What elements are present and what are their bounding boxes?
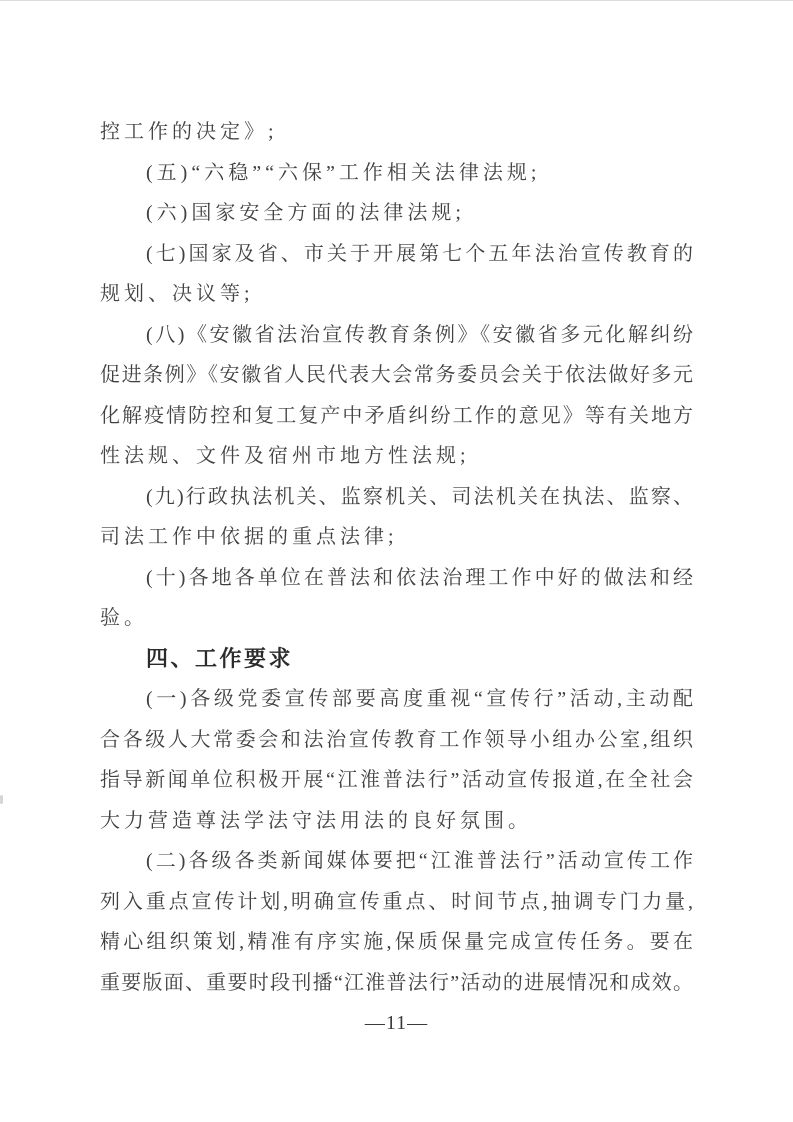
page-number: —11— (0, 1008, 793, 1038)
text-line: (五)“六稳”“六保”工作相关法律法规; (100, 153, 693, 194)
text-line: (六)国家安全方面的法律法规; (100, 193, 693, 234)
text-line: 精心组织策划,精准有序实施,保质保量完成宣传任务。要在 (100, 922, 693, 963)
text-line: 列入重点宣传计划,明确宣传重点、时间节点,抽调专门力量, (100, 882, 693, 923)
text-line: 大力营造尊法学法守法用法的良好氛围。 (100, 801, 693, 842)
text-line: (二)各级各类新闻媒体要把“江淮普法行”活动宣传工作 (100, 841, 693, 882)
document-body: 控工作的决定》; (五)“六稳”“六保”工作相关法律法规; (六)国家安全方面的… (100, 112, 693, 1003)
text-line: (七)国家及省、市关于开展第七个五年法治宣传教育的 (100, 234, 693, 275)
text-line: 促进条例》《安徽省人民代表大会常务委员会关于依法做好多元 (100, 355, 693, 396)
scan-edge-line (0, 0, 793, 1)
text-line: 合各级人大常委会和法治宣传教育工作领导小组办公室,组织 (100, 720, 693, 761)
text-line: (九)行政执法机关、监察机关、司法机关在执法、监察、 (100, 477, 693, 518)
scan-speck (0, 795, 3, 804)
text-line: 控工作的决定》; (100, 112, 693, 153)
text-line: 司法工作中依据的重点法律; (100, 517, 693, 558)
section-heading: 四、工作要求 (100, 639, 693, 680)
text-line: 验。 (100, 598, 693, 639)
text-line: (一)各级党委宣传部要高度重视“宣传行”活动,主动配 (100, 679, 693, 720)
text-line: 性法规、文件及宿州市地方性法规; (100, 436, 693, 477)
text-line: 规划、决议等; (100, 274, 693, 315)
document-page: 控工作的决定》; (五)“六稳”“六保”工作相关法律法规; (六)国家安全方面的… (0, 0, 793, 1122)
text-line: 重要版面、重要时段刊播“江淮普法行”活动的进展情况和成效。 (100, 963, 693, 1004)
text-line: (八)《安徽省法治宣传教育条例》《安徽省多元化解纠纷 (100, 315, 693, 356)
text-line: 化解疫情防控和复工复产中矛盾纠纷工作的意见》等有关地方 (100, 396, 693, 437)
text-line: 指导新闻单位积极开展“江淮普法行”活动宣传报道,在全社会 (100, 760, 693, 801)
text-line: (十)各地各单位在普法和依法治理工作中好的做法和经 (100, 558, 693, 599)
